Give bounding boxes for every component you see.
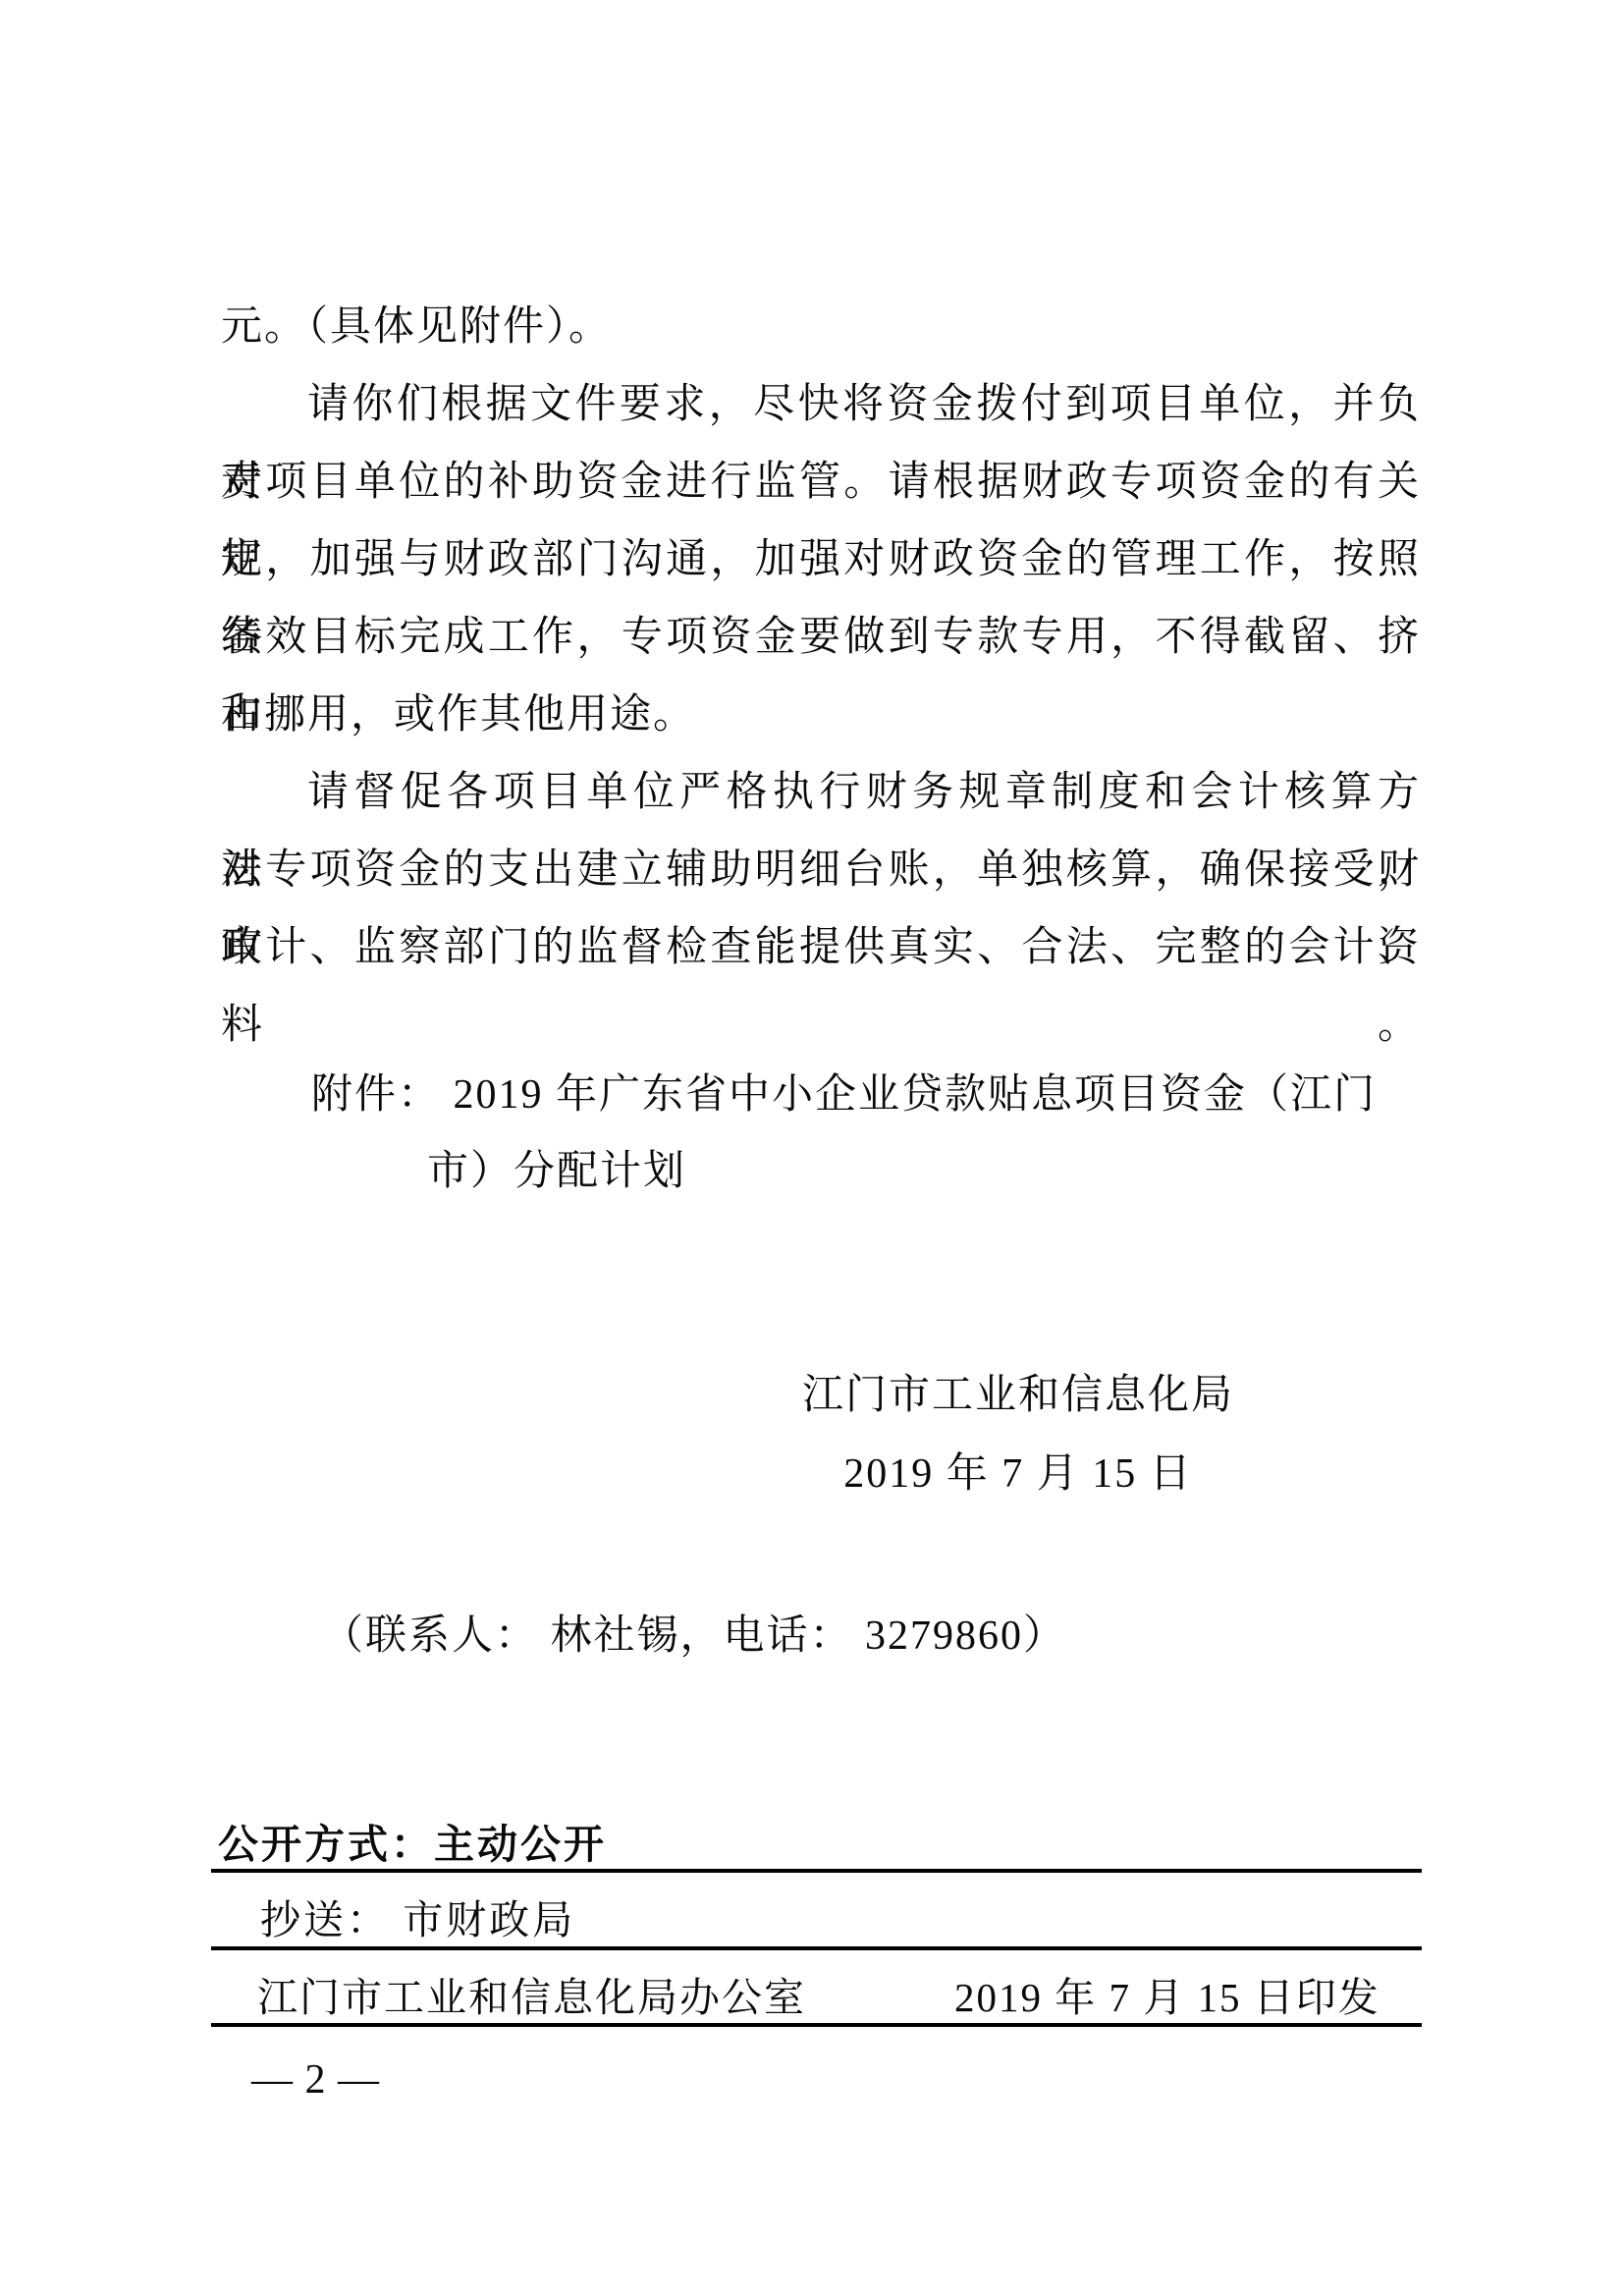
divider-middle [211, 1946, 1422, 1950]
body-text-line: 对专项资金的支出建立辅助明细台账，单独核算，确保接受财政、 [221, 832, 1421, 909]
body-text-line: 元。（具体见附件）。 [221, 289, 1421, 366]
body-text-line: 绩效目标完成工作，专项资金要做到专款专用，不得截留、挤占 [221, 599, 1421, 677]
signature-date: 2019 年 7 月 15 日 [802, 1448, 1234, 1506]
publicity-label: 公开方式：主动公开 [218, 1812, 607, 1870]
body-text-line: 对项目单位的补助资金进行监管。请根据财政专项资金的有关规 [221, 444, 1421, 521]
body-text: 元。（具体见附件）。请你们根据文件要求，尽快将资金拨付到项目单位，并负责对项目单… [221, 289, 1421, 987]
document-page: 元。（具体见附件）。请你们根据文件要求，尽快将资金拨付到项目单位，并负责对项目单… [0, 0, 1623, 2296]
signature-block: 江门市工业和信息化局 2019 年 7 月 15 日 [802, 1369, 1234, 1506]
page-number: — 2 — [251, 2056, 380, 2104]
cc-line: 抄送： 市财政局 [260, 1887, 575, 1945]
body-text-line: 请你们根据文件要求，尽快将资金拨付到项目单位，并负责 [221, 366, 1421, 444]
body-text-line: 审计、监察部门的监督检查能提供真实、合法、完整的会计资料。 [221, 909, 1421, 987]
divider-top [211, 1869, 1422, 1873]
contact-line: （联系人： 林社锡，电话： 3279860） [322, 1603, 1066, 1662]
attachment-line-2: 市）分配计划 [427, 1142, 686, 1201]
signature-org: 江门市工业和信息化局 [802, 1369, 1234, 1448]
print-date: 2019 年 7 月 15 日印发 [954, 1965, 1380, 2023]
body-text-line: 请督促各项目单位严格执行财务规章制度和会计核算方法， [221, 754, 1421, 832]
body-text-line: 和挪用，或作其他用途。 [221, 677, 1421, 754]
body-text-line: 定，加强与财政部门沟通，加强对财政资金的管理工作，按照各 [221, 521, 1421, 599]
attachment-line-1: 附件： 2019 年广东省中小企业贷款贴息项目资金（江门 [311, 1066, 1377, 1124]
divider-bottom [211, 2023, 1422, 2027]
issuer-office: 江门市工业和信息化局办公室 [257, 1965, 806, 2023]
